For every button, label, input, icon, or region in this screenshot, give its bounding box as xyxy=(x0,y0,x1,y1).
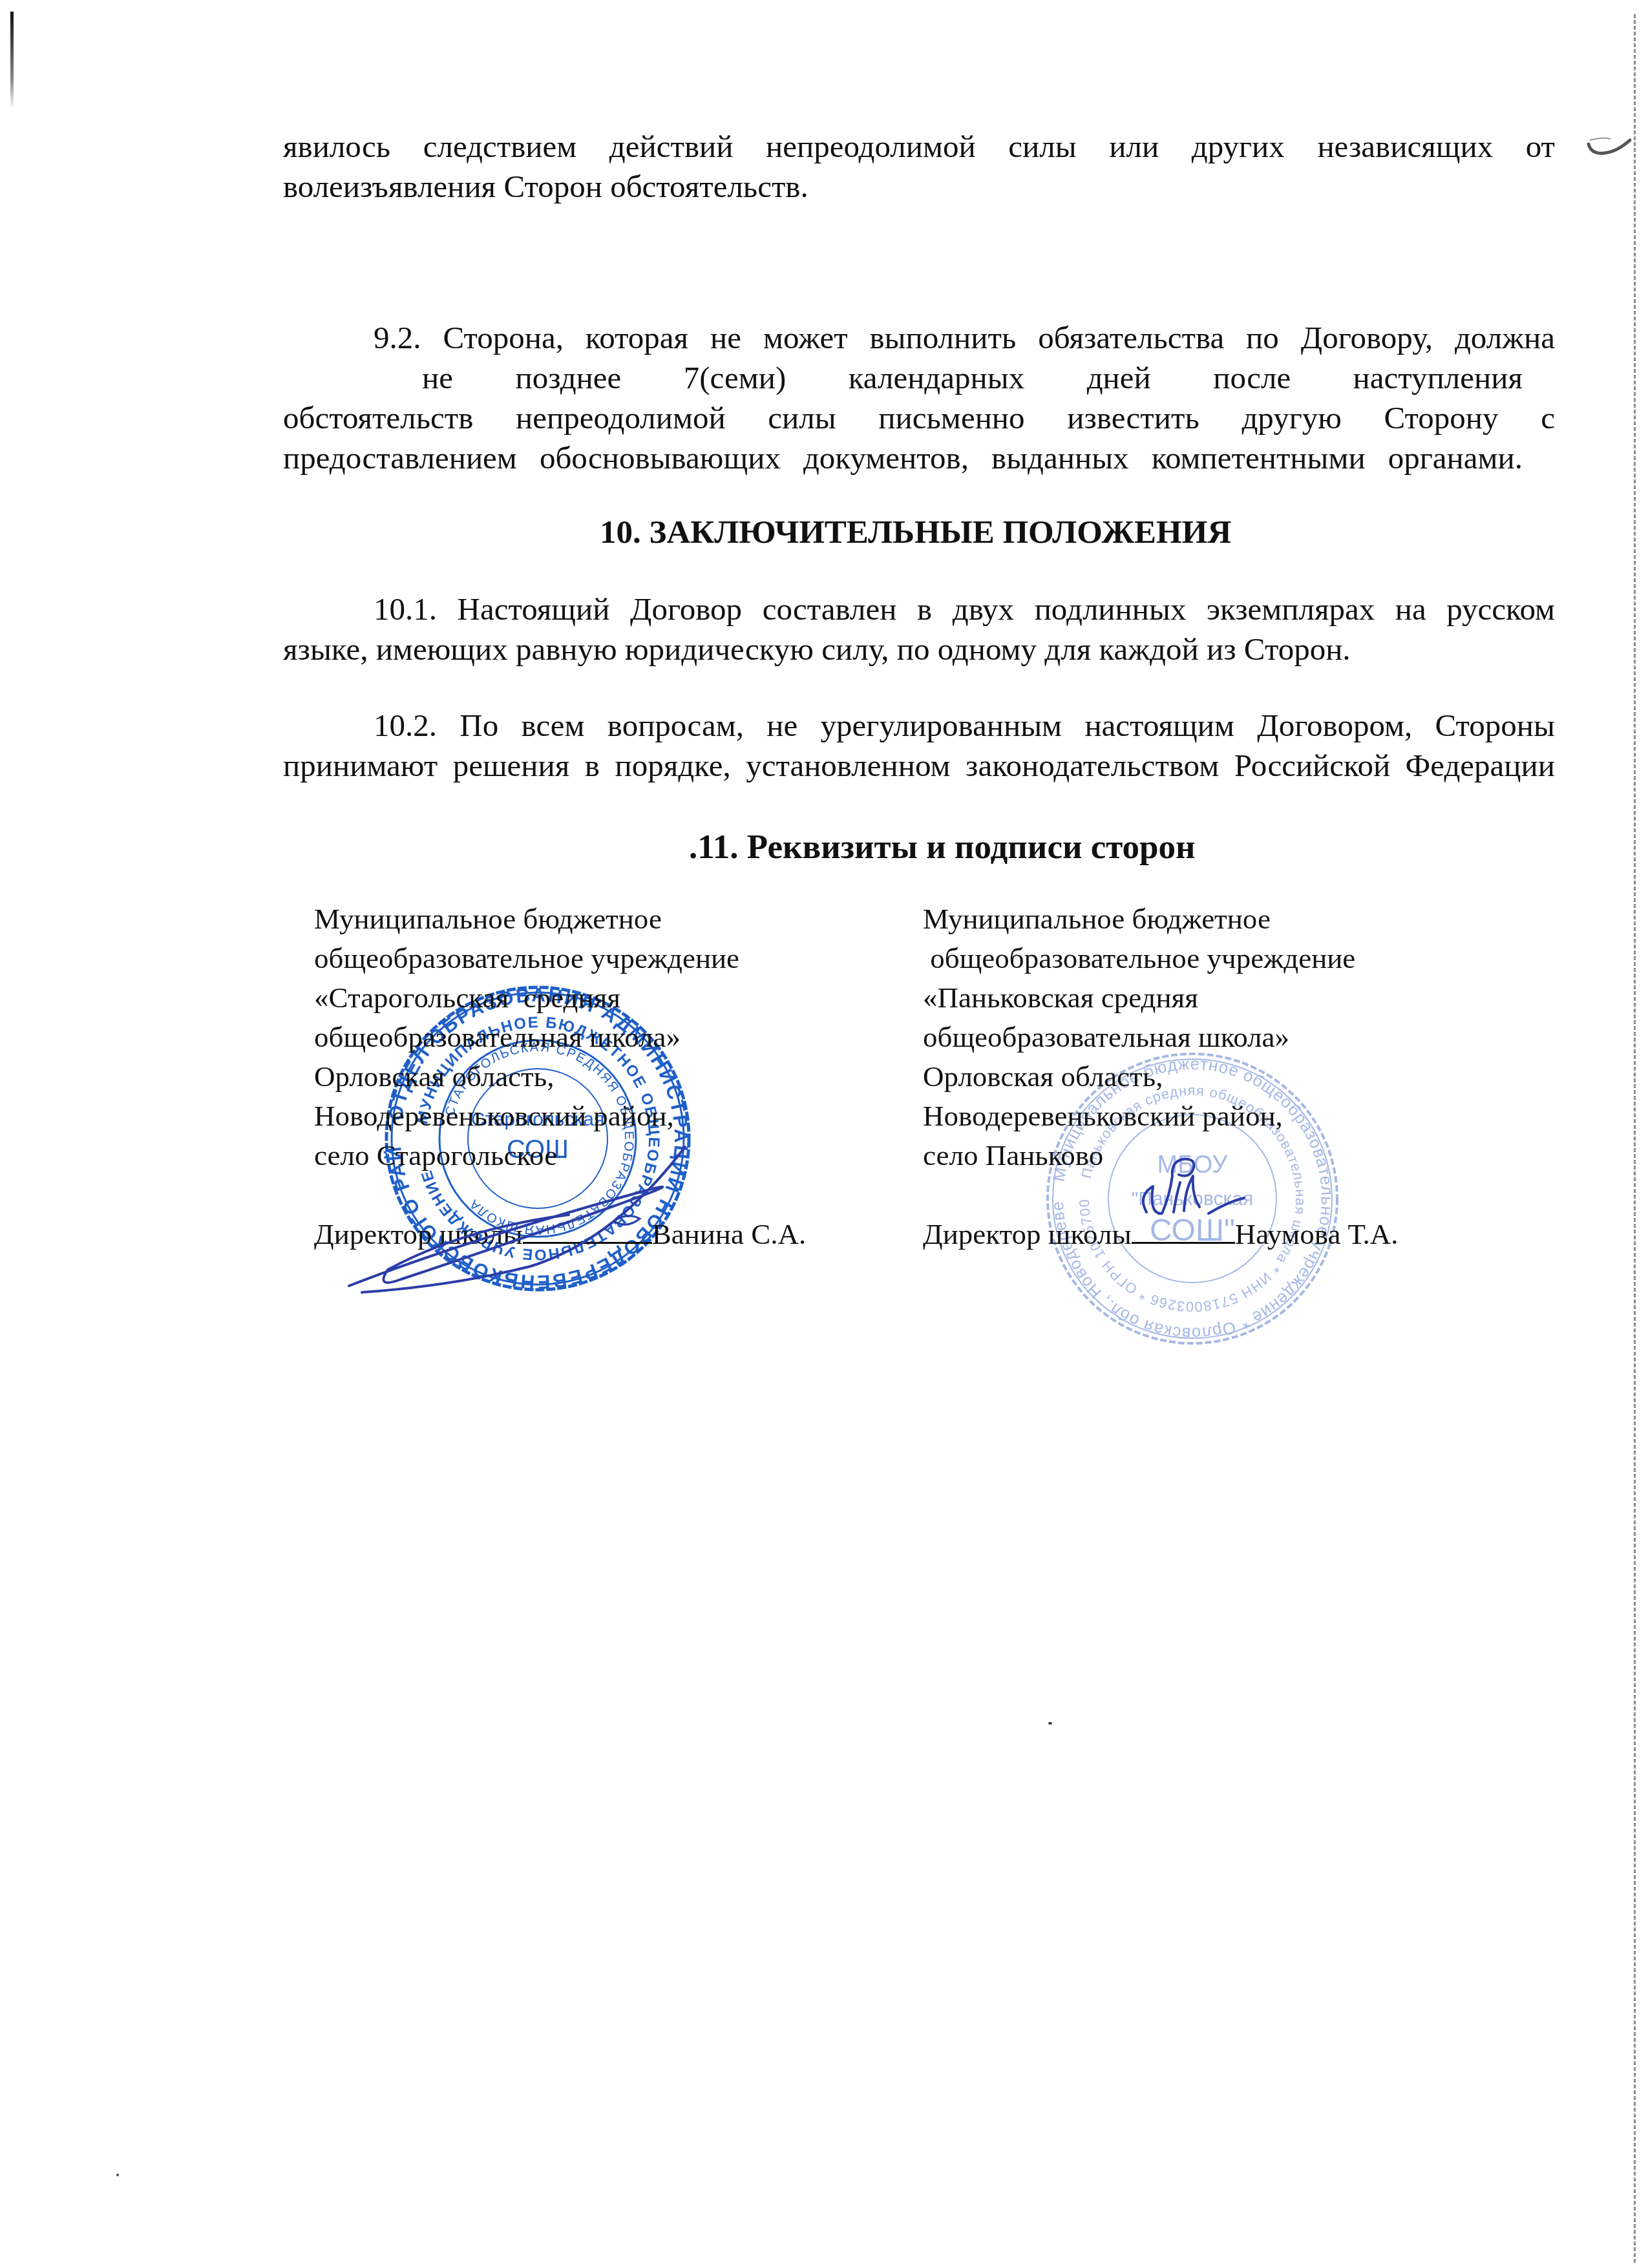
text-line: 9.2. Сторона, которая не может выполнить… xyxy=(283,318,1555,358)
party-requisites-left: Муниципальное бюджетное общеобразователь… xyxy=(314,899,806,1254)
text-line: не позднее 7(семи) календарных дней посл… xyxy=(283,358,1555,398)
requisite-line: Муниципальное бюджетное xyxy=(314,899,806,939)
signatory-name: Наумова Т.А. xyxy=(1235,1218,1399,1250)
requisite-line: общеобразовательное учреждение xyxy=(923,939,1399,978)
text-line: языке, имеющих равную юридическую силу, … xyxy=(283,629,1555,669)
requisite-line: Новодеревеньковский район, xyxy=(314,1097,806,1136)
paragraph-10-2: 10.2. По всем вопросам, не урегулированн… xyxy=(283,706,1555,786)
paragraph-10-1: 10.1. Настоящий Договор составлен в двух… xyxy=(283,589,1555,669)
signature-line xyxy=(1132,1223,1235,1244)
requisite-line: общеобразовательная школа» xyxy=(923,1018,1399,1057)
signatory-label: Директор школы xyxy=(923,1218,1132,1250)
scan-edge-mark xyxy=(10,12,14,109)
requisite-line: Новодеревеньковский район, xyxy=(923,1097,1399,1136)
text-line: явилось следствием действий непреодолимо… xyxy=(283,127,1555,167)
paragraph-9-2: 9.2. Сторона, которая не может выполнить… xyxy=(283,318,1555,478)
signature-row: Директор школыНаумова Т.А. xyxy=(923,1215,1399,1254)
signatory-label: Директор школы xyxy=(314,1218,523,1250)
scan-speck xyxy=(1048,1722,1052,1725)
perforation-line xyxy=(1634,14,1636,2263)
party-requisites-right: Муниципальное бюджетное общеобразователь… xyxy=(923,899,1399,1254)
requisite-line: «Старогольская средняя xyxy=(314,978,806,1018)
requisite-line: «Паньковская средняя xyxy=(923,978,1399,1018)
signature-row: Директор школыВанина С.А. xyxy=(314,1215,806,1254)
signature-line xyxy=(523,1223,652,1244)
text-line: 10.2. По всем вопросам, не урегулированн… xyxy=(283,706,1555,746)
requisite-line: Орловская область, xyxy=(314,1057,806,1097)
paragraph-9-1-tail: явилось следствием действий непреодолимо… xyxy=(283,127,1555,207)
requisite-line: Орловская область, xyxy=(923,1057,1399,1097)
requisite-line: село Паньково xyxy=(923,1136,1399,1175)
staple-mark-icon xyxy=(1585,132,1636,158)
requisite-line: общеобразовательное учреждение xyxy=(314,939,806,978)
scan-speck xyxy=(116,2174,119,2176)
requisite-line: общеобразовательная школа» xyxy=(314,1018,806,1057)
text-line: обстоятельств непреодолимой силы письмен… xyxy=(283,398,1555,438)
text-line: волеизъявления Сторон обстоятельств. xyxy=(283,167,1555,207)
text-line: принимают решения в порядке, установленн… xyxy=(283,746,1555,786)
requisite-line: Муниципальное бюджетное xyxy=(923,899,1399,939)
scanned-document-page: явилось следствием действий непреодолимо… xyxy=(0,0,1648,2268)
requisite-line: село Старогольское xyxy=(314,1136,806,1175)
text-line: предоставлением обосновывающих документо… xyxy=(283,438,1555,478)
signatory-name: Ванина С.А. xyxy=(652,1218,806,1250)
section-heading-11: .11. Реквизиты и подписи сторон xyxy=(689,827,1196,867)
section-heading-10: 10. ЗАКЛЮЧИТЕЛЬНЫЕ ПОЛОЖЕНИЯ xyxy=(600,512,1231,552)
text-line: 10.1. Настоящий Договор составлен в двух… xyxy=(283,589,1555,629)
